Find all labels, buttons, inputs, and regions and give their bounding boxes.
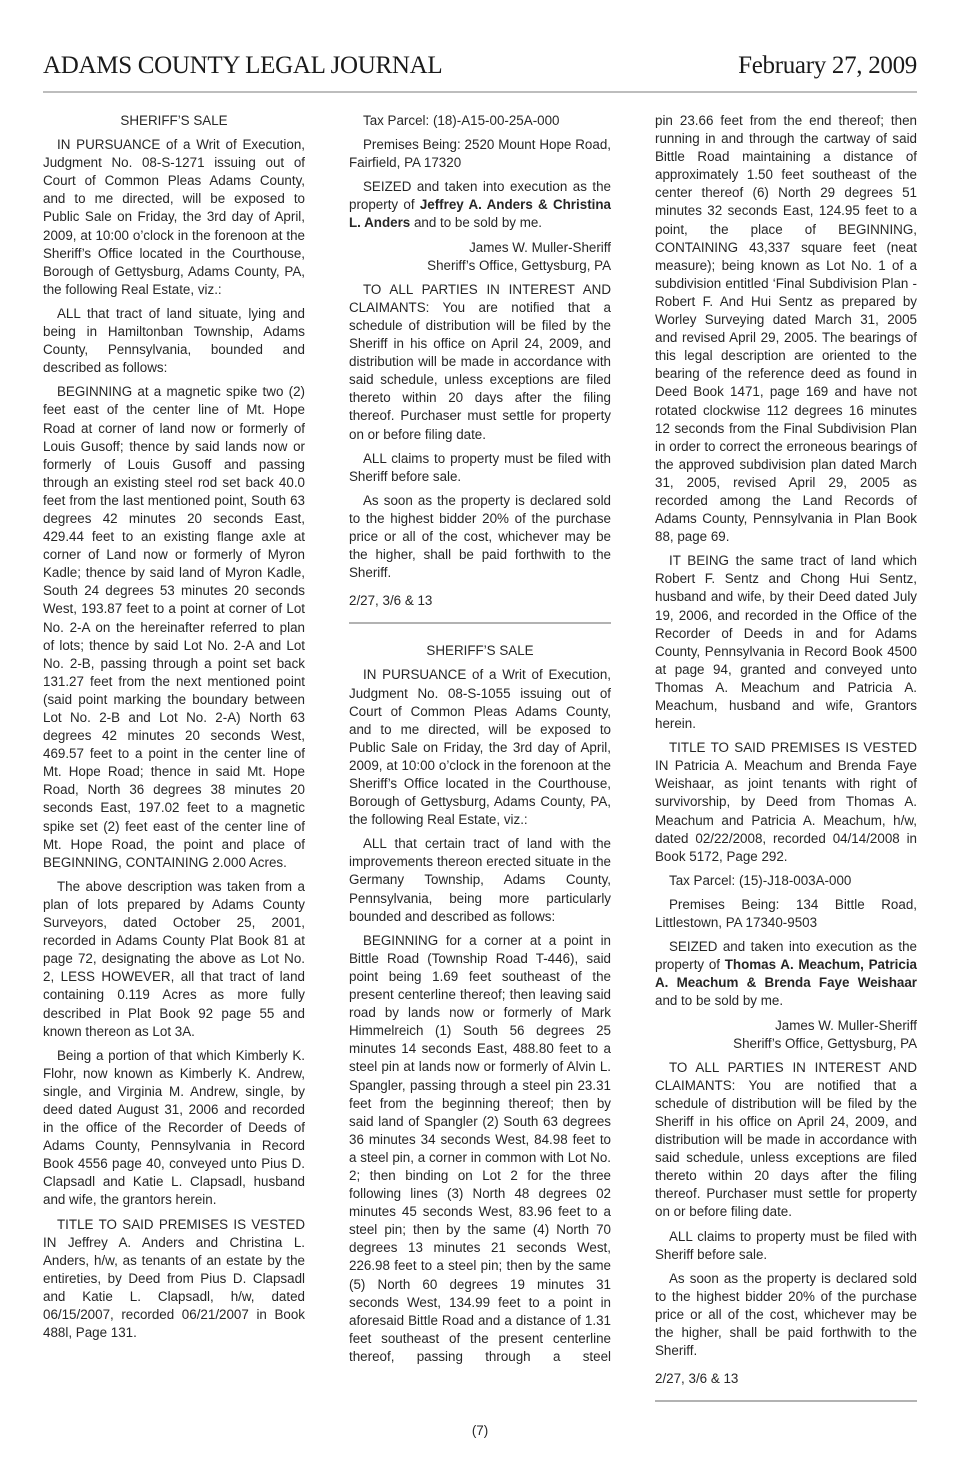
issue-date: February 27, 2009 (738, 52, 917, 80)
seized-suffix: and to be sold by me. (410, 215, 542, 230)
pursuance-paragraph: IN PURSUANCE of a Writ of Execution, Jud… (43, 136, 305, 299)
title-vested-paragraph: TITLE TO SAID PREMISES IS VESTED IN Patr… (655, 739, 917, 866)
tract-paragraph: ALL that tract of land situate, lying an… (43, 305, 305, 377)
sheriff-signature: James W. Muller-Sheriff Sheriff’s Office… (349, 239, 611, 275)
it-being-paragraph: IT BEING the same tract of land which Ro… (655, 552, 917, 733)
notice-heading: SHERIFF’S SALE (43, 112, 305, 130)
beginning-paragraph: BEGINNING at a magnetic spike two (2) fe… (43, 383, 305, 872)
premises-address: Premises Being: 134 Bittle Road, Littles… (655, 896, 917, 932)
payment-paragraph: As soon as the property is declared sold… (655, 1270, 917, 1360)
run-dates: 2/27, 3/6 & 13 (655, 1370, 917, 1388)
masthead: ADAMS COUNTY LEGAL JOURNAL February 27, … (43, 52, 917, 86)
page-number: (7) (0, 1423, 960, 1438)
payment-paragraph: As soon as the property is declared sold… (349, 492, 611, 582)
tract-paragraph: ALL that certain tract of land with the … (349, 835, 611, 925)
beginning-paragraph-continued: pin 23.66 feet from the end thereof; the… (655, 112, 917, 546)
notice-divider (349, 622, 611, 624)
premises-address: Premises Being: 2520 Mount Hope Road, Fa… (349, 136, 611, 172)
column-1: SHERIFF’S SALE IN PURSUANCE of a Writ of… (43, 112, 305, 1348)
seized-paragraph: SEIZED and taken into execution as the p… (655, 938, 917, 1010)
claims-paragraph: ALL claims to property must be filed wit… (349, 450, 611, 486)
claimants-paragraph: TO ALL PARTIES IN INTEREST AND CLAIMANTS… (655, 1059, 917, 1222)
notice-divider (655, 1400, 917, 1402)
sheriff-name: James W. Muller-Sheriff (349, 239, 611, 257)
column-3: pin 23.66 feet from the end thereof; the… (655, 112, 917, 1420)
title-vested-paragraph: TITLE TO SAID PREMISES IS VESTED IN Jeff… (43, 1216, 305, 1343)
sheriff-office: Sheriff’s Office, Gettysburg, PA (349, 257, 611, 275)
tax-parcel: Tax Parcel: (15)-J18-003A-000 (655, 872, 917, 890)
sheriff-name: James W. Muller-Sheriff (655, 1017, 917, 1035)
sheriff-office: Sheriff’s Office, Gettysburg, PA (655, 1035, 917, 1053)
portion-paragraph: Being a portion of that which Kimberly K… (43, 1047, 305, 1210)
beginning-paragraph: BEGINNING for a corner at a point in Bit… (349, 932, 611, 1366)
journal-title: ADAMS COUNTY LEGAL JOURNAL (43, 52, 442, 80)
pursuance-paragraph: IN PURSUANCE of a Writ of Execution, Jud… (349, 666, 611, 829)
description-source-paragraph: The above description was taken from a p… (43, 878, 305, 1041)
masthead-divider (43, 91, 917, 93)
column-2: Tax Parcel: (18)-A15-00-25A-000 Premises… (349, 112, 611, 1372)
sheriff-signature: James W. Muller-Sheriff Sheriff’s Office… (655, 1017, 917, 1053)
claims-paragraph: ALL claims to property must be filed wit… (655, 1228, 917, 1264)
seized-paragraph: SEIZED and taken into execution as the p… (349, 178, 611, 232)
claimants-paragraph: TO ALL PARTIES IN INTEREST AND CLAIMANTS… (349, 281, 611, 444)
notice-heading: SHERIFF’S SALE (349, 642, 611, 660)
run-dates: 2/27, 3/6 & 13 (349, 592, 611, 610)
seized-suffix: and to be sold by me. (655, 993, 783, 1008)
tax-parcel: Tax Parcel: (18)-A15-00-25A-000 (349, 112, 611, 130)
